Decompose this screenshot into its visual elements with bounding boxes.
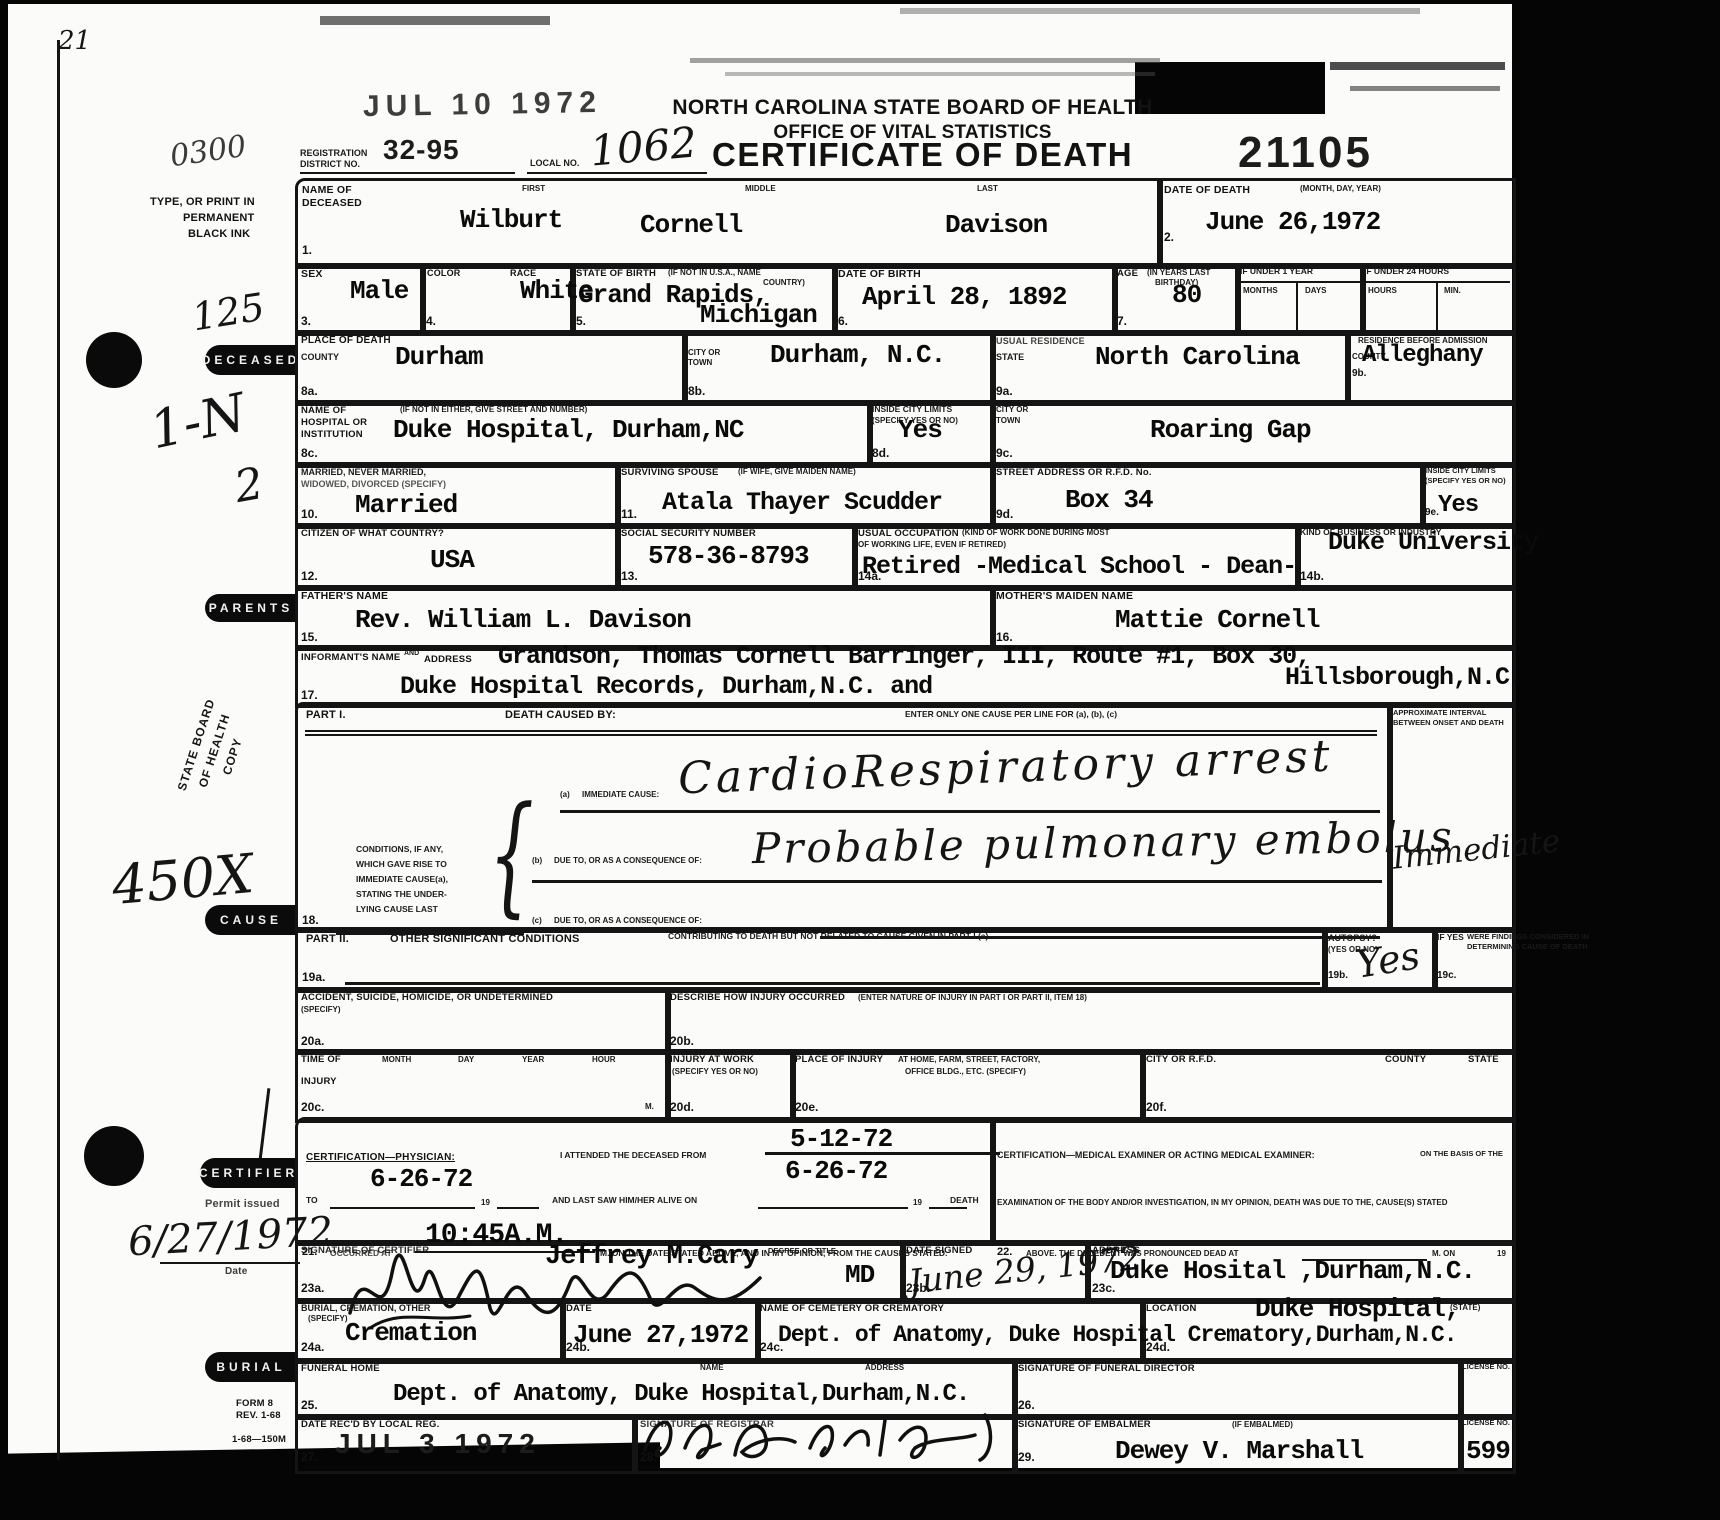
field-number-8c: 8c.: [301, 446, 318, 460]
conditions-line2: WHICH GAVE RISE TO: [356, 860, 447, 870]
city-or-town-label1: CITY OR: [688, 348, 720, 357]
field-number-12: 12.: [301, 569, 318, 583]
inside-city-limits-2-sub: (SPECIFY YES OR NO): [1425, 477, 1506, 486]
tab-burial: BURIAL: [205, 1352, 297, 1382]
residence-county-value: Alleghany: [1362, 342, 1483, 369]
occupation-value: Retired -Medical School - Dean-: [862, 552, 1296, 581]
field-number-11: 11.: [621, 507, 637, 521]
field-number-4: 4.: [426, 314, 436, 328]
field-number-20d: 20d.: [670, 1100, 694, 1114]
location-state-label: (STATE): [1450, 1303, 1480, 1312]
injury-state-label: STATE: [1468, 1054, 1499, 1065]
nineteen-3: 19: [1497, 1249, 1506, 1258]
scanned-death-certificate: { "header": { "corner_number": "21", "st…: [0, 0, 1720, 1520]
tab-deceased: DECEASED: [205, 345, 297, 375]
location-value: Duke Hospital,: [1255, 1294, 1459, 1324]
middle-label: MIDDLE: [745, 184, 776, 193]
field-number-26: 26.: [1018, 1398, 1035, 1412]
field-number-19a: 19a.: [302, 970, 325, 984]
field-number-9a: 9a.: [996, 384, 1013, 398]
field-number-24a: 24a.: [301, 1340, 324, 1354]
type-print-instruction-line2: PERMANENT: [183, 212, 254, 225]
field-number-18: 18.: [302, 913, 319, 927]
license-no-2-label: LICENSE NO.: [1462, 1419, 1510, 1428]
funeral-director-label: SIGNATURE OF FUNERAL DIRECTOR: [1018, 1363, 1195, 1374]
date-of-birth-label: DATE OF BIRTH: [838, 268, 921, 280]
field-number-23c: 23c.: [1092, 1281, 1115, 1295]
cause-c-paren: (c): [532, 916, 542, 925]
field-number-13: 13.: [621, 569, 638, 583]
state-of-birth-sub1: (IF NOT IN U.S.A., NAME: [668, 268, 761, 277]
part2-title: OTHER SIGNIFICANT CONDITIONS: [390, 933, 580, 946]
sex-value: Male: [350, 276, 408, 306]
first-name-value: Wilburt: [460, 205, 562, 235]
enter-only-label: ENTER ONLY ONE CAUSE PER LINE FOR (a), (…: [905, 710, 1117, 720]
field-number-29: 29.: [1018, 1450, 1035, 1464]
hole-punch: [84, 1126, 144, 1186]
month-label: MONTH: [382, 1055, 411, 1064]
age-value: 80: [1172, 280, 1201, 310]
field-number-23a: 23a.: [301, 1281, 324, 1295]
certification-medical-examiner-label: CERTIFICATION—MEDICAL EXAMINER OR ACTING…: [997, 1150, 1315, 1160]
occupation-sub2: OF WORKING LIFE, EVEN IF RETIRED): [858, 540, 1006, 549]
attended-to-date: 6-26-72: [370, 1164, 472, 1194]
accident-sub: (SPECIFY): [301, 1005, 341, 1014]
left-fold-line: [57, 40, 60, 1460]
conditions-line3: IMMEDIATE CAUSE(a),: [356, 875, 448, 885]
received-stamp-date: JUL 10 1972: [363, 86, 602, 124]
certificate-number: 21105: [1238, 128, 1373, 178]
inside-city-limits-value: Yes: [898, 415, 942, 445]
residence-city-value: Roaring Gap: [1150, 415, 1311, 445]
field-number-19c: 19c.: [1437, 970, 1456, 981]
field-number-9b: 9b.: [1352, 368, 1366, 379]
middle-name-value: Cornell: [640, 210, 742, 240]
permit-date-caption: Date: [225, 1266, 247, 1278]
pod-county-value: Durham: [395, 342, 483, 372]
birth-state-value: Michigan: [700, 300, 817, 330]
father-label: FATHER'S NAME: [301, 590, 388, 602]
cause-c-label: DUE TO, OR AS A CONSEQUENCE OF:: [554, 916, 702, 925]
alive-rule: [758, 1207, 908, 1209]
to-label: TO: [306, 1196, 318, 1206]
tab-certifier: CERTIFIER: [200, 1158, 297, 1188]
conditions-line5: LYING CAUSE LAST: [356, 905, 438, 915]
citizen-label: CITIZEN OF WHAT COUNTRY?: [301, 528, 444, 539]
place-of-injury-sub2: OFFICE BLDG., ETC. (SPECIFY): [905, 1067, 1026, 1076]
field-number-27: 27.: [301, 1450, 318, 1464]
alive-rule2: [929, 1207, 967, 1209]
describe-injury-label: DESCRIBE HOW INJURY OCCURRED: [670, 992, 845, 1003]
location-label: LOCATION: [1146, 1303, 1197, 1314]
state-of-birth-label: STATE OF BIRTH: [576, 268, 656, 279]
inside-city-limits-2-label: INSIDE CITY LIMITS: [1425, 467, 1496, 476]
funeral-name-label: NAME: [700, 1363, 724, 1372]
residence-state-value: North Carolina: [1095, 342, 1299, 372]
examination-label: EXAMINATION OF THE BODY AND/OR INVESTIGA…: [997, 1198, 1448, 1207]
sex-label: SEX: [301, 268, 323, 280]
state-of-birth-sub2: COUNTRY): [763, 278, 805, 287]
field-number-20c: 20c.: [301, 1100, 324, 1114]
to-rule: [330, 1207, 475, 1209]
place-of-death-label: PLACE OF DEATH: [301, 335, 391, 347]
field-number-15: 15.: [301, 630, 318, 644]
m-label: M.: [645, 1102, 654, 1111]
and-last-saw-label: AND LAST SAW HIM/HER ALIVE ON: [552, 1196, 697, 1206]
date-of-birth-value: April 28, 1892: [862, 282, 1066, 312]
nineteen-1: 19: [481, 1198, 490, 1207]
license-no-label: LICENSE NO.: [1462, 1363, 1510, 1372]
informant-label1: INFORMANT'S NAME: [301, 652, 400, 663]
spouse-value: Atala Thayer Scudder: [662, 488, 942, 517]
field-number-17: 17.: [301, 688, 318, 702]
inside-city-limits-label: INSIDE CITY LIMITS: [872, 405, 952, 415]
time-of-injury-label1: TIME OF: [301, 1054, 341, 1065]
part2-label: PART II.: [306, 933, 349, 946]
residence-city-label1: CITY OR: [996, 405, 1028, 414]
cause-a-rule: [560, 810, 1380, 813]
informant-label2: ADDRESS: [424, 654, 472, 665]
certifier-address-label: ADDRESS: [1092, 1245, 1140, 1256]
field-number-28: 28.: [640, 1450, 657, 1464]
burial-date-value: June 27,1972: [573, 1320, 748, 1350]
scan-streak: [725, 72, 1155, 76]
on-the-basis-label: ON THE BASIS OF THE: [1420, 1150, 1503, 1159]
scan-streak: [900, 8, 1420, 14]
field-number-8b: 8b.: [688, 384, 705, 398]
last-name-value: Davison: [945, 210, 1047, 240]
field-number-2: 2.: [1164, 230, 1174, 244]
from-rule: [765, 1152, 1000, 1155]
informant-line1: Grandson, Thomas Cornell Barringer, III,…: [498, 642, 1310, 671]
permit-date-rule: [160, 1262, 300, 1264]
citizen-value: USA: [430, 545, 474, 575]
death-caused-by-label: DEATH CAUSED BY:: [505, 709, 616, 722]
immediate-cause-label: IMMEDIATE CAUSE:: [582, 790, 659, 799]
injury-city-label: CITY OR R.F.D.: [1146, 1054, 1216, 1065]
form-revision: REV. 1-68: [236, 1410, 281, 1421]
place-of-injury-label: PLACE OF INJURY: [795, 1054, 883, 1065]
color-label: COLOR: [427, 268, 461, 279]
scan-streak: [320, 16, 550, 25]
under-1-year-label: IF UNDER 1 YEAR: [1240, 267, 1313, 277]
type-print-instruction-line1: TYPE, OR PRINT IN: [150, 196, 255, 209]
if-yes-line3: DETERMINING CAUSE OF DEATH: [1467, 943, 1588, 952]
occupation-label: USUAL OCCUPATION: [858, 528, 959, 539]
tab-parents: PARENTS: [205, 594, 297, 622]
field-number-14b: 14b.: [1300, 569, 1324, 583]
local-no-value: 1062: [588, 117, 699, 175]
field-number-5: 5.: [576, 314, 586, 328]
grid-line: [1296, 281, 1298, 330]
field-number-7: 7.: [1117, 314, 1127, 328]
hospital-label2: HOSPITAL OR: [301, 417, 367, 428]
attended-from-date: 5-12-72: [790, 1124, 892, 1154]
usual-residence-label: USUAL RESIDENCE: [996, 336, 1085, 347]
cause-b-rule: [532, 880, 1382, 883]
registration-district-value: 32-95: [383, 134, 460, 166]
field-number-19b: 19b.: [1328, 970, 1348, 981]
date-received-stamp: JUL 3 1972: [335, 1428, 541, 1460]
embalmer-sub-label: (IF EMBALMED): [1232, 1420, 1293, 1429]
interval-label2: BETWEEN ONSET AND DEATH: [1393, 719, 1504, 728]
day-label: DAY: [458, 1055, 474, 1064]
first-label: FIRST: [522, 184, 545, 193]
date-signed-label: DATE SIGNED: [906, 1245, 972, 1256]
county-label: COUNTY: [301, 352, 339, 362]
marital-value: Married: [355, 490, 457, 520]
grid-line: [1360, 281, 1510, 283]
ssn-label: SOCIAL SECURITY NUMBER: [621, 528, 756, 539]
funeral-home-label: FUNERAL HOME: [301, 1363, 380, 1374]
field-number-20a: 20a.: [301, 1034, 324, 1048]
hole-punch: [86, 332, 142, 388]
marital-label1: MARRIED, NEVER MARRIED,: [301, 467, 426, 477]
nineteen-2: 19: [913, 1198, 922, 1207]
field-number-23b: 23b.: [906, 1281, 930, 1295]
accident-label: ACCIDENT, SUICIDE, HOMICIDE, OR UNDETERM…: [301, 992, 553, 1003]
pod-city-value: Durham, N.C.: [770, 340, 945, 370]
cause-b-label: DUE TO, OR AS A CONSEQUENCE OF:: [554, 856, 702, 865]
attended-label: I ATTENDED THE DECEASED FROM: [560, 1151, 706, 1161]
conditions-line1: CONDITIONS, IF ANY,: [356, 845, 443, 855]
cell-cert-medical-examiner: [990, 1117, 1516, 1246]
describe-injury-sub: (ENTER NATURE OF INJURY IN PART I OR PAR…: [858, 993, 1087, 1002]
cause-a-paren: (a): [560, 790, 570, 799]
year-label: YEAR: [522, 1055, 544, 1064]
hospital-label3: INSTITUTION: [301, 429, 363, 440]
right-scan-band: [1512, 0, 1720, 1520]
scan-streak: [1330, 62, 1505, 70]
degree-value: MD: [845, 1260, 874, 1290]
local-no-rule: [527, 172, 707, 174]
field-number-9d: 9d.: [996, 507, 1013, 521]
street-address-value: Box 34: [1065, 485, 1153, 515]
last-label: LAST: [977, 184, 998, 193]
injury-at-work-sub: (SPECIFY YES OR NO): [672, 1067, 758, 1076]
time-of-injury-label2: INJURY: [301, 1076, 337, 1087]
if-yes-label: IF YES: [1437, 933, 1464, 943]
certificate-title: CERTIFICATE OF DEATH: [712, 136, 1133, 175]
cemetery-value: Dept. of Anatomy, Duke Hospital Cremator…: [778, 1322, 1457, 1348]
marital-label2: WIDOWED, DIVORCED (SPECIFY): [301, 479, 446, 489]
burial-specify-label: (SPECIFY): [308, 1314, 348, 1323]
part1-label: PART I.: [306, 709, 346, 722]
license-no-2-value: 599: [1466, 1436, 1510, 1466]
hospital-value: Duke Hospital, Durham,NC: [393, 415, 743, 445]
certification-physician-label: CERTIFICATION—PHYSICIAN:: [306, 1152, 455, 1164]
registration-district-label-2: DISTRICT NO.: [300, 159, 360, 169]
part1-brace: {: [489, 778, 534, 930]
deceased-label: DECEASED: [302, 197, 362, 209]
field-number-9e: 9e.: [1425, 507, 1439, 518]
form-print-run: 1-68—150M: [232, 1434, 286, 1445]
hours-label: HOURS: [1368, 286, 1397, 295]
funeral-address-label: ADDRESS: [865, 1363, 904, 1372]
degree-or-title-label: DEGREE OR TITLE: [768, 1247, 836, 1256]
field-number-24d: 24d.: [1146, 1340, 1170, 1354]
father-value: Rev. William L. Davison: [355, 605, 691, 635]
field-number-10: 10.: [301, 507, 318, 521]
informant-line2: Duke Hospital Records, Durham,N.C. and: [400, 672, 932, 701]
residence-city-label2: TOWN: [996, 416, 1020, 425]
days-label: DAYS: [1305, 286, 1327, 295]
form-number: FORM 8: [236, 1398, 273, 1409]
under-24-hours-label: IF UNDER 24 HOURS: [1364, 267, 1449, 277]
age-sub1: (IN YEARS LAST: [1147, 268, 1210, 277]
place-of-injury-sub1: AT HOME, FARM, STREET, FACTORY,: [898, 1055, 1040, 1064]
field-number-3: 3.: [301, 314, 311, 328]
scan-streak: [690, 58, 1160, 63]
registrar-signature-scrawl: [630, 1400, 1010, 1470]
certifier-address-value: Duke Hosital ,Durham,N.C.: [1110, 1256, 1475, 1286]
to-rule2: [497, 1207, 539, 1209]
street-address-label: STREET ADDRESS OR R.F.D. No.: [996, 467, 1152, 478]
residence-state-label: STATE: [996, 352, 1024, 362]
field-number-20b: 20b.: [670, 1034, 694, 1048]
field-number-20e: 20e.: [795, 1100, 818, 1114]
part2-rule: [345, 982, 1320, 985]
board-title: NORTH CAROLINA STATE BOARD OF HEALTH: [640, 96, 1185, 121]
embalmer-value: Dewey V. Marshall: [1115, 1436, 1363, 1466]
hour-label: HOUR: [592, 1055, 616, 1064]
cause-b-paren: (b): [532, 856, 542, 865]
interval-label1: APPROXIMATE INTERVAL: [1393, 709, 1486, 718]
hospital-label1: NAME OF: [301, 405, 346, 416]
field-number-8d: 8d.: [872, 446, 889, 460]
injury-at-work-label: INJURY AT WORK: [670, 1054, 754, 1065]
burial-date-label: DATE: [566, 1303, 592, 1314]
field-number-1: 1.: [302, 243, 312, 257]
burial-type-value: Cremation: [345, 1318, 476, 1348]
date-of-death-label: DATE OF DEATH: [1164, 184, 1250, 196]
field-number-9c: 9c.: [996, 446, 1013, 460]
field-number-8a: 8a.: [301, 384, 318, 398]
spouse-sub-label: (IF WIFE, GIVE MAIDEN NAME): [738, 467, 856, 476]
scan-streak: [1350, 86, 1500, 91]
field-number-20f: 20f.: [1146, 1100, 1167, 1114]
city-or-town-label2: TOWN: [688, 358, 712, 367]
if-yes-line2: WERE FINDINGS CONSIDERED IN: [1467, 933, 1589, 942]
ssn-value: 578-36-8793: [648, 541, 809, 571]
type-print-instruction-line3: BLACK INK: [188, 228, 250, 241]
cemetery-label: NAME OF CEMETERY OR CREMATORY: [760, 1303, 944, 1314]
permit-issued-label: Permit issued: [205, 1198, 280, 1211]
part2-sub: CONTRIBUTING TO DEATH BUT NOT RELATED TO…: [668, 932, 988, 942]
registration-district-rule: [300, 172, 515, 174]
local-no-label: LOCAL NO.: [530, 158, 579, 168]
date-of-death-sub: (MONTH, DAY, YEAR): [1300, 184, 1381, 193]
injury-county-label: COUNTY: [1385, 1054, 1426, 1065]
informant-line3: Hillsborough,N.C.: [1285, 663, 1523, 692]
field-number-25: 25.: [301, 1398, 318, 1412]
months-label: MONTHS: [1243, 286, 1278, 295]
hospital-sub-label: (IF NOT IN EITHER, GIVE STREET AND NUMBE…: [400, 405, 587, 414]
mother-value: Mattie Cornell: [1115, 605, 1319, 635]
conditions-line4: STATING THE UNDER-: [356, 890, 447, 900]
name-of-label: NAME OF: [302, 184, 352, 196]
field-number-24b: 24b.: [566, 1340, 590, 1354]
age-label: AGE: [1117, 268, 1138, 279]
field-number-24c: 24c.: [760, 1340, 783, 1354]
registration-district-label-1: REGISTRATION: [300, 148, 367, 158]
tab-cause: CAUSE: [205, 905, 297, 935]
informant-and: AND: [404, 650, 419, 658]
part1-rule: [305, 730, 1377, 732]
business-value: Duke University: [1328, 528, 1538, 557]
date-of-death-value: June 26,1972: [1205, 207, 1380, 237]
embalmer-label: SIGNATURE OF EMBALMER: [1018, 1419, 1151, 1430]
min-label: MIN.: [1444, 286, 1461, 295]
field-number-6: 6.: [838, 314, 848, 328]
margin-corner-number: 21: [58, 26, 91, 56]
alive-on-date: 6-26-72: [785, 1156, 887, 1186]
occupation-sub1: (KIND OF WORK DONE DURING MOST: [962, 528, 1110, 537]
inside-city-limits-2-value: Yes: [1438, 492, 1478, 519]
death-word-label: DEATH: [950, 1196, 979, 1206]
field-number-14a: 14a.: [858, 569, 881, 583]
burial-cremation-label: BURIAL, CREMATION, OTHER: [301, 1303, 430, 1313]
spouse-label: SURVIVING SPOUSE: [621, 467, 719, 478]
grid-line: [1436, 281, 1438, 330]
mother-label: MOTHER'S MAIDEN NAME: [996, 590, 1133, 602]
